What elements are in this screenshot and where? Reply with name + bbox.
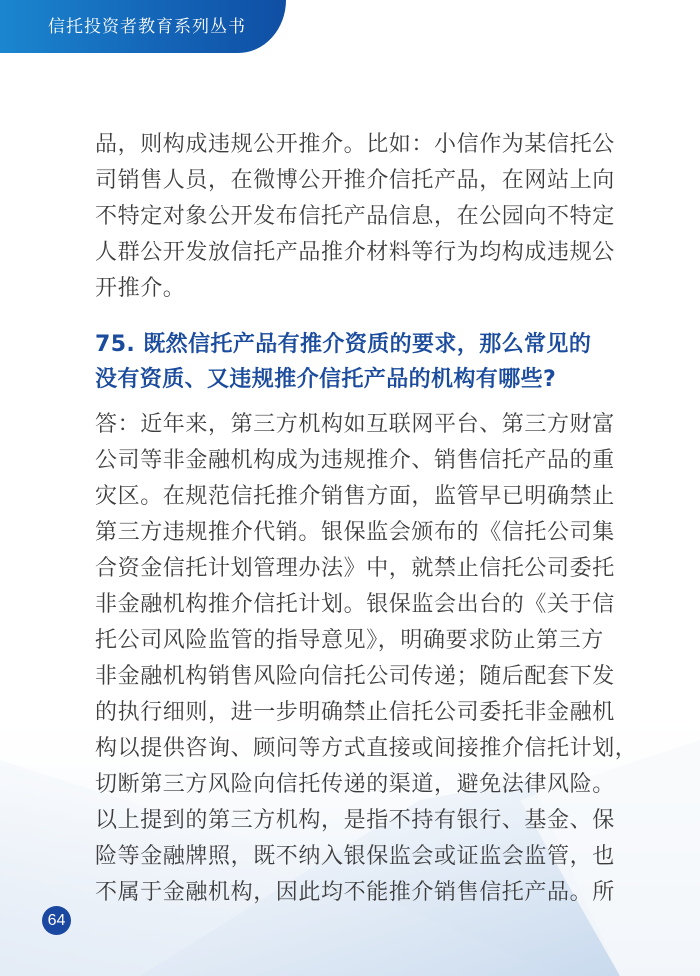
question-line: 75. 既然信托产品有推介资质的要求，那么常见的 (95, 327, 571, 362)
text-line: 第三方违规推介代销。银保监会颁布的《信托公司集 (95, 515, 571, 551)
text-line: 公司等非金融机构成为违规推介、销售信托产品的重 (95, 443, 571, 479)
text-line: 不属于金融机构，因此均不能推介销售信托产品。所 (95, 875, 571, 911)
series-title: 信托投资者教育系列丛书 (48, 15, 246, 39)
text-line: 人群公开发放信托产品推介材料等行为均构成违规公 (95, 235, 571, 271)
text-line: 合资金信托计划管理办法》中，就禁止信托公司委托 (95, 551, 571, 587)
text-line: 灾区。在规范信托推介销售方面，监管早已明确禁止 (95, 479, 571, 515)
text-line: 非金融机构销售风险向信托公司传递；随后配套下发 (95, 659, 571, 695)
text-line: 切断第三方风险向信托传递的渠道，避免法律风险。 (95, 767, 571, 803)
text-line: 的执行细则，进一步明确禁止信托公司委托非金融机 (95, 695, 571, 731)
page-number-badge: 64 (42, 906, 71, 935)
text-line: 托公司风险监管的指导意见》，明确要求防止第三方 (95, 623, 571, 659)
page-content: 品，则构成违规公开推介。比如：小信作为某信托公 司销售人员，在微博公开推介信托产… (95, 127, 571, 911)
text-line: 不特定对象公开发布信托产品信息，在公园向不特定 (95, 199, 571, 235)
text-line: 司销售人员，在微博公开推介信托产品，在网站上向 (95, 163, 571, 199)
intro-paragraph: 品，则构成违规公开推介。比如：小信作为某信托公 司销售人员，在微博公开推介信托产… (95, 127, 571, 307)
text-line: 开推介。 (95, 271, 571, 307)
text-line: 险等金融牌照，既不纳入银保监会或证监会监管，也 (95, 839, 571, 875)
header-banner: 信托投资者教育系列丛书 (0, 0, 286, 53)
text-line: 构以提供咨询、顾问等方式直接或间接推介信托计划， (95, 731, 571, 767)
text-line: 非金融机构推介信托计划。银保监会出台的《关于信 (95, 587, 571, 623)
text-line: 以上提到的第三方机构，是指不持有银行、基金、保 (95, 803, 571, 839)
question-heading: 75. 既然信托产品有推介资质的要求，那么常见的 没有资质、又违规推介信托产品的… (95, 327, 571, 397)
question-line: 没有资质、又违规推介信托产品的机构有哪些? (95, 362, 571, 397)
text-line: 品，则构成违规公开推介。比如：小信作为某信托公 (95, 127, 571, 163)
answer-paragraph: 答：近年来，第三方机构如互联网平台、第三方财富 公司等非金融机构成为违规推介、销… (95, 407, 571, 911)
text-line: 答：近年来，第三方机构如互联网平台、第三方财富 (95, 407, 571, 443)
